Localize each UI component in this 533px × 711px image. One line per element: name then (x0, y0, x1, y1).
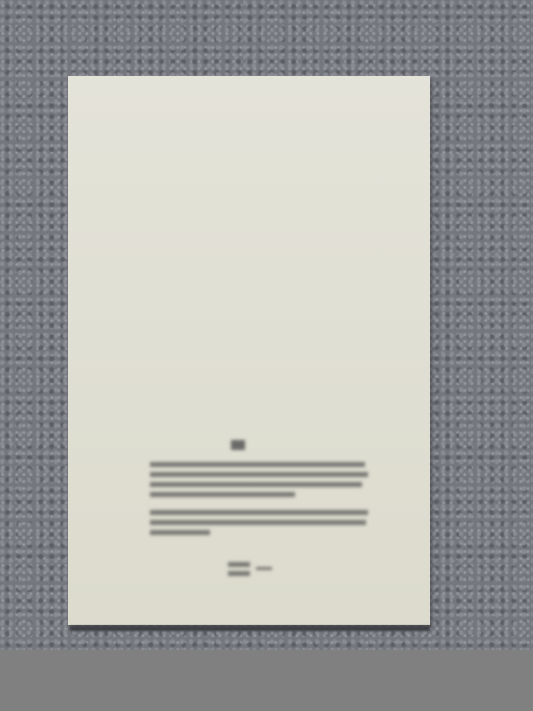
page-edge-shadow (70, 626, 430, 631)
text-line (150, 530, 210, 535)
text-line (228, 562, 250, 567)
text-line (150, 520, 366, 525)
bottom-gray-band (0, 650, 533, 711)
text-line (150, 510, 368, 515)
text-line (228, 571, 250, 576)
book-page (68, 76, 430, 625)
text-line (256, 567, 272, 570)
publisher-logo-icon (231, 440, 245, 450)
text-line (150, 462, 365, 467)
text-line (150, 492, 295, 497)
text-line (150, 482, 362, 487)
text-line (150, 472, 368, 477)
